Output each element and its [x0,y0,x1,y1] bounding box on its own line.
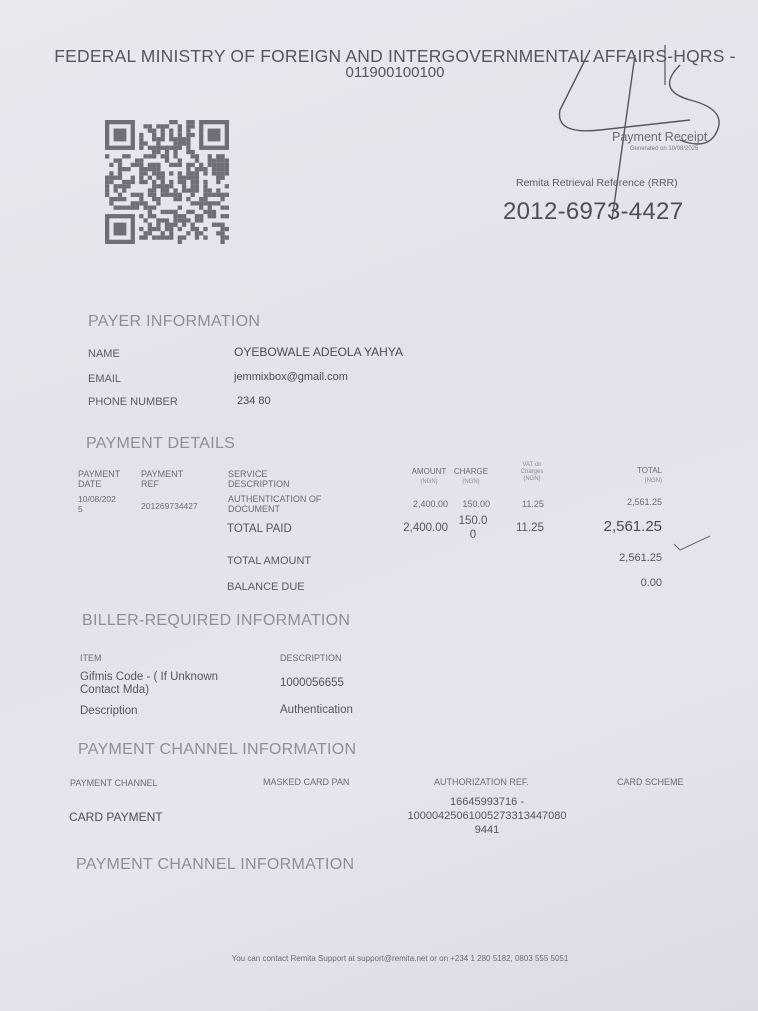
col-label: CHARGE [451,467,491,477]
col-label: Charges [512,469,552,476]
col-unit: (NGN) [408,477,450,487]
col-label: PAYMENT [78,469,120,479]
cell-text: Gifmis Code - ( If Unknown [80,671,218,684]
total-paid-total: 2,561.25 [580,518,662,535]
col-vat: VAT on Charges (NGN) [512,462,552,483]
email-label: EMAIL [88,373,121,385]
cell-text: 5 [78,504,116,514]
row-service-description: AUTHENTICATION OF DOCUMENT [228,494,321,514]
col-authorization-ref: AUTHORIZATION REF. [434,777,529,787]
channel-section-title: PAYMENT CHANNEL INFORMATION [78,741,356,759]
balance-due-value: 0.00 [580,577,662,589]
col-label: SERVICE [228,469,290,479]
email-value: jemmixbox@gmail.com [234,371,348,383]
authorization-ref-value: 16645993716 - 10000425061005273313447080… [392,795,582,837]
ministry-code: 011900100100 [0,64,758,81]
col-amount: AMOUNT (NGN) [408,467,450,487]
col-label: DATE [78,479,120,489]
check-mark-icon [672,534,712,554]
col-service-description: SERVICE DESCRIPTION [228,469,290,489]
cell-text: 10000425061005273313447080 [392,809,582,823]
cell-text: DOCUMENT [228,504,321,514]
name-value: OYEBOWALE ADEOLA YAHYA [234,345,403,359]
row-amount: 2,400.00 [400,499,448,509]
col-masked-card-pan: MASKED CARD PAN [263,777,349,787]
col-label: AMOUNT [408,467,450,477]
col-label: TOTAL [620,466,662,476]
biller-section-title: BILLER-REQUIRED INFORMATION [82,612,350,630]
phone-label: PHONE NUMBER [88,396,178,408]
support-footer: You can contact Remita Support at suppor… [0,954,758,963]
biller-item-gifmis: Gifmis Code - ( If Unknown Contact Mda) [80,671,218,697]
total-amount-label: TOTAL AMOUNT [227,555,311,567]
cell-text: Contact Mda) [80,684,218,697]
biller-col-item: ITEM [80,653,102,663]
biller-gifmis-value: 1000056655 [280,677,344,689]
payment-channel-value: CARD PAYMENT [69,810,163,824]
generated-date: Generated on 10/08/2025 [630,146,698,152]
row-total: 2,561.25 [600,497,662,507]
row-vat: 11.25 [522,499,544,509]
payer-section-title: PAYER INFORMATION [88,313,260,331]
total-paid-amount: 2,400.00 [392,522,448,534]
col-label: VAT on [512,462,552,469]
biller-col-description: DESCRIPTION [280,653,342,663]
biller-description-value: Authentication [280,704,353,716]
total-amount-value: 2,561.25 [580,552,662,564]
col-label: PAYMENT [141,469,183,479]
name-label: NAME [88,348,120,360]
col-unit: (NGN) [451,477,491,487]
cell-text: AUTHENTICATION OF [228,494,321,504]
payment-details-title: PAYMENT DETAILS [86,435,235,453]
col-card-scheme: CARD SCHEME [617,777,684,787]
col-payment-ref: PAYMENT REF [141,469,183,489]
row-payment-date: 10/08/202 5 [78,494,116,514]
col-label: REF [141,479,183,489]
total-paid-charge: 150.0 0 [455,514,491,542]
col-charge: CHARGE (NGN) [451,467,491,487]
col-unit: (NGN) [512,476,552,483]
balance-due-label: BALANCE DUE [227,581,305,593]
row-payment-ref: 201269734427 [141,501,198,511]
qr-code [103,120,231,244]
cell-text: 10/08/202 [78,494,116,504]
cell-text: 16645993716 - [392,795,582,809]
cell-text: 9441 [392,823,582,837]
col-label: DESCRIPTION [228,479,290,489]
rrr-value: 2012-6973-4427 [503,198,683,226]
col-total: TOTAL (NGN) [620,466,662,486]
col-payment-date: PAYMENT DATE [78,469,120,489]
total-paid-vat: 11.25 [516,522,544,534]
row-charge: 150.00 [448,499,490,509]
channel-section-title-2: PAYMENT CHANNEL INFORMATION [76,856,354,874]
rrr-label: Remita Retrieval Reference (RRR) [516,177,678,189]
col-unit: (NGN) [620,476,662,486]
cell-text: 150.0 [455,514,491,528]
receipt-title: Payment Receipt [612,130,707,144]
col-payment-channel: PAYMENT CHANNEL [70,778,158,788]
cell-text: 0 [455,528,491,542]
total-paid-label: TOTAL PAID [227,523,292,535]
biller-item-description: Description [80,705,138,717]
phone-value: 234 80 [237,395,271,407]
